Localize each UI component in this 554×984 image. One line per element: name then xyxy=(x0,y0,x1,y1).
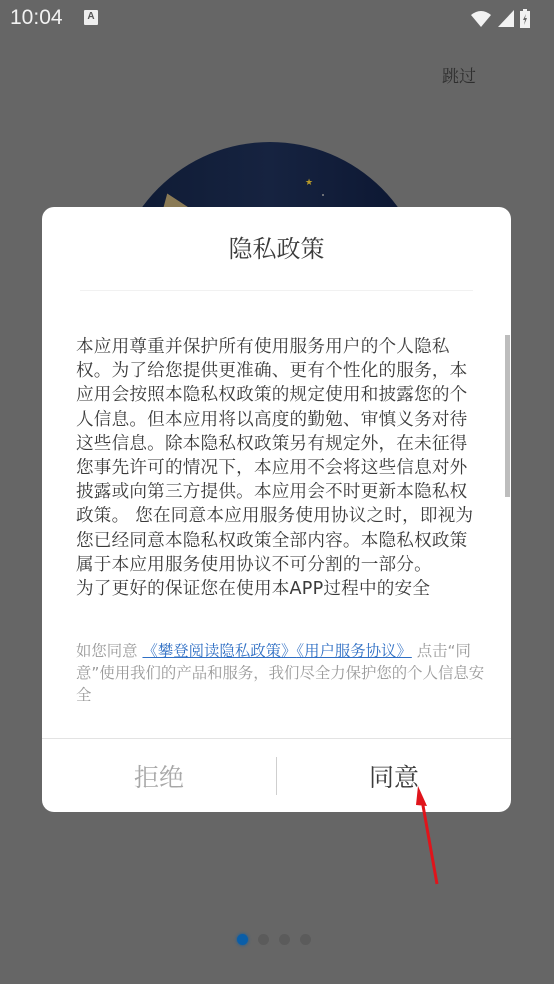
dot-decoration xyxy=(322,194,324,196)
status-icons xyxy=(470,9,530,28)
page-dot xyxy=(300,934,311,945)
policy-paragraph-continued: 为了更好的保证您在使用本APP过程中的安全 xyxy=(76,579,430,599)
skip-button[interactable]: 跳过 xyxy=(442,62,476,87)
battery-charging-icon xyxy=(520,9,530,28)
notification-a-icon: A xyxy=(84,10,98,25)
status-bar: 10:04 A xyxy=(0,0,554,38)
agree-button[interactable]: 同意 xyxy=(277,739,511,812)
policy-paragraph: 本应用尊重并保护所有使用服务用户的个人隐私权。为了给您提供更准确、更有个性化的服… xyxy=(76,337,473,575)
signal-icon xyxy=(498,10,514,27)
user-agreement-link[interactable]: 《用户服务协议》 xyxy=(296,642,411,660)
privacy-policy-link[interactable]: 《攀登阅读隐私政策》 xyxy=(142,642,296,660)
dialog-title: 隐私政策 xyxy=(42,229,511,264)
consent-text: 如您同意 《攀登阅读隐私政策》《用户服务协议》 点击“同意”使用我们的产品和服务… xyxy=(76,640,486,707)
wifi-icon xyxy=(470,10,492,28)
scrollbar[interactable] xyxy=(505,335,510,497)
dialog-buttons: 拒绝 同意 xyxy=(42,739,511,812)
status-time: 10:04 xyxy=(10,6,63,30)
page-indicator xyxy=(237,934,311,945)
page-dot xyxy=(279,934,290,945)
consent-prefix: 如您同意 xyxy=(76,642,142,660)
privacy-policy-dialog: 隐私政策 本应用尊重并保护所有使用服务用户的个人隐私权。为了给您提供更准确、更有… xyxy=(42,207,511,812)
reject-button[interactable]: 拒绝 xyxy=(42,739,276,812)
policy-scroll-area[interactable]: 本应用尊重并保护所有使用服务用户的个人隐私权。为了给您提供更准确、更有个性化的服… xyxy=(76,335,476,612)
page-dot-active xyxy=(237,934,248,945)
page-dot xyxy=(258,934,269,945)
title-divider xyxy=(80,290,473,291)
policy-body-text: 本应用尊重并保护所有使用服务用户的个人隐私权。为了给您提供更准确、更有个性化的服… xyxy=(76,335,476,601)
star-icon: ★ xyxy=(305,178,313,188)
